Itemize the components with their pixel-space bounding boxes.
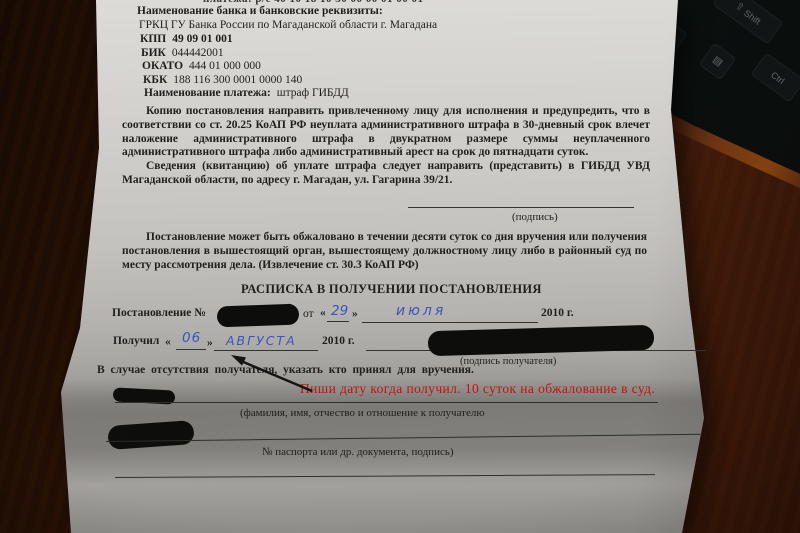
redaction-passport <box>107 420 194 450</box>
recipient-signature-caption: (подпись получателя) <box>460 356 556 367</box>
received-day-underline <box>176 349 206 350</box>
quote-open-issued: « <box>320 307 326 319</box>
bank-requisites-header: Наименование банка и банковские реквизит… <box>137 5 383 17</box>
bank-name: ГРКЦ ГУ Банка России по Магаданской обла… <box>139 19 437 31</box>
info-paragraph: Сведения (квитанцию) об уплате штрафа сл… <box>122 160 650 188</box>
received-day-handwritten: 06 <box>182 330 201 346</box>
document-content: платежа: р/с 40 10 18 10 30 00 00 01 00 … <box>0 0 800 533</box>
okato-row: ОКАТО 444 01 000 000 <box>142 60 261 72</box>
received-month-underline <box>214 350 318 351</box>
received-month-handwritten: АВГУСТА <box>226 333 297 348</box>
paragraphs-block: Копию постановления направить привлеченн… <box>122 105 650 188</box>
redaction-resolution-number <box>217 304 300 328</box>
received-year: 2010 г. <box>322 335 355 347</box>
name-caption: (фамилия, имя, отчество и отношение к по… <box>240 407 485 419</box>
received-label: Получил <box>113 335 159 347</box>
resolution-label: Постановление № <box>112 307 206 319</box>
red-annotation: Пиши дату когда получил. 10 суток на обж… <box>300 381 655 397</box>
bik-value: 044442001 <box>172 47 224 59</box>
payment-label: Наименование платежа: <box>144 87 271 99</box>
payment-value: штраф ГИБДД <box>277 87 349 99</box>
bottom-line <box>115 474 655 478</box>
passport-caption: № паспорта или др. документа, подпись) <box>262 446 454 458</box>
kpp-value: 49 09 01 001 <box>172 33 232 45</box>
quote-close-issued: » <box>352 308 358 320</box>
issued-month-underline <box>362 322 538 323</box>
name-line <box>115 402 658 403</box>
issued-month-handwritten: июля <box>396 303 446 319</box>
payment-row: Наименование платежа: штраф ГИБДД <box>144 87 349 99</box>
absence-note: В случае отсутствия получателя, указать … <box>97 364 474 376</box>
quote-open-received: « <box>165 336 171 348</box>
from-label: от <box>303 308 314 320</box>
appeal-paragraph: Постановление может быть обжаловано в те… <box>122 231 647 272</box>
okato-label: ОКАТО <box>142 60 183 72</box>
kbk-label: КБК <box>143 74 167 86</box>
photo-of-fine-receipt: ⇧ Shift ⊞ ▤ Ctrl платежа: р/с 40 10 18 1… <box>0 0 800 533</box>
quote-close-received: » <box>207 337 213 349</box>
issued-day-underline <box>327 321 349 322</box>
kpp-row: КПП 49 09 01 001 <box>140 33 233 45</box>
redaction-recipient-signature <box>428 325 655 356</box>
warning-paragraph: Копию постановления направить привлеченн… <box>122 105 650 160</box>
paper-document: платежа: р/с 40 10 18 10 30 00 00 01 00 … <box>0 0 800 533</box>
okato-value: 444 01 000 000 <box>189 60 261 72</box>
issued-day-handwritten: 29 <box>331 303 348 319</box>
kbk-row: КБК 188 116 300 0001 0000 140 <box>143 74 302 86</box>
bik-label: БИК <box>141 47 166 59</box>
signature-line <box>408 207 634 208</box>
appeal-block: Постановление может быть обжаловано в те… <box>122 231 647 272</box>
passport-line <box>106 434 702 442</box>
receipt-heading: РАСПИСКА В ПОЛУЧЕНИИ ПОСТАНОВЛЕНИЯ <box>241 282 542 297</box>
issued-year: 2010 г. <box>541 307 574 319</box>
signature-caption: (подпись) <box>512 211 558 223</box>
kpp-label: КПП <box>140 33 166 45</box>
bik-row: БИК 044442001 <box>141 47 224 59</box>
kbk-value: 188 116 300 0001 0000 140 <box>173 74 302 86</box>
